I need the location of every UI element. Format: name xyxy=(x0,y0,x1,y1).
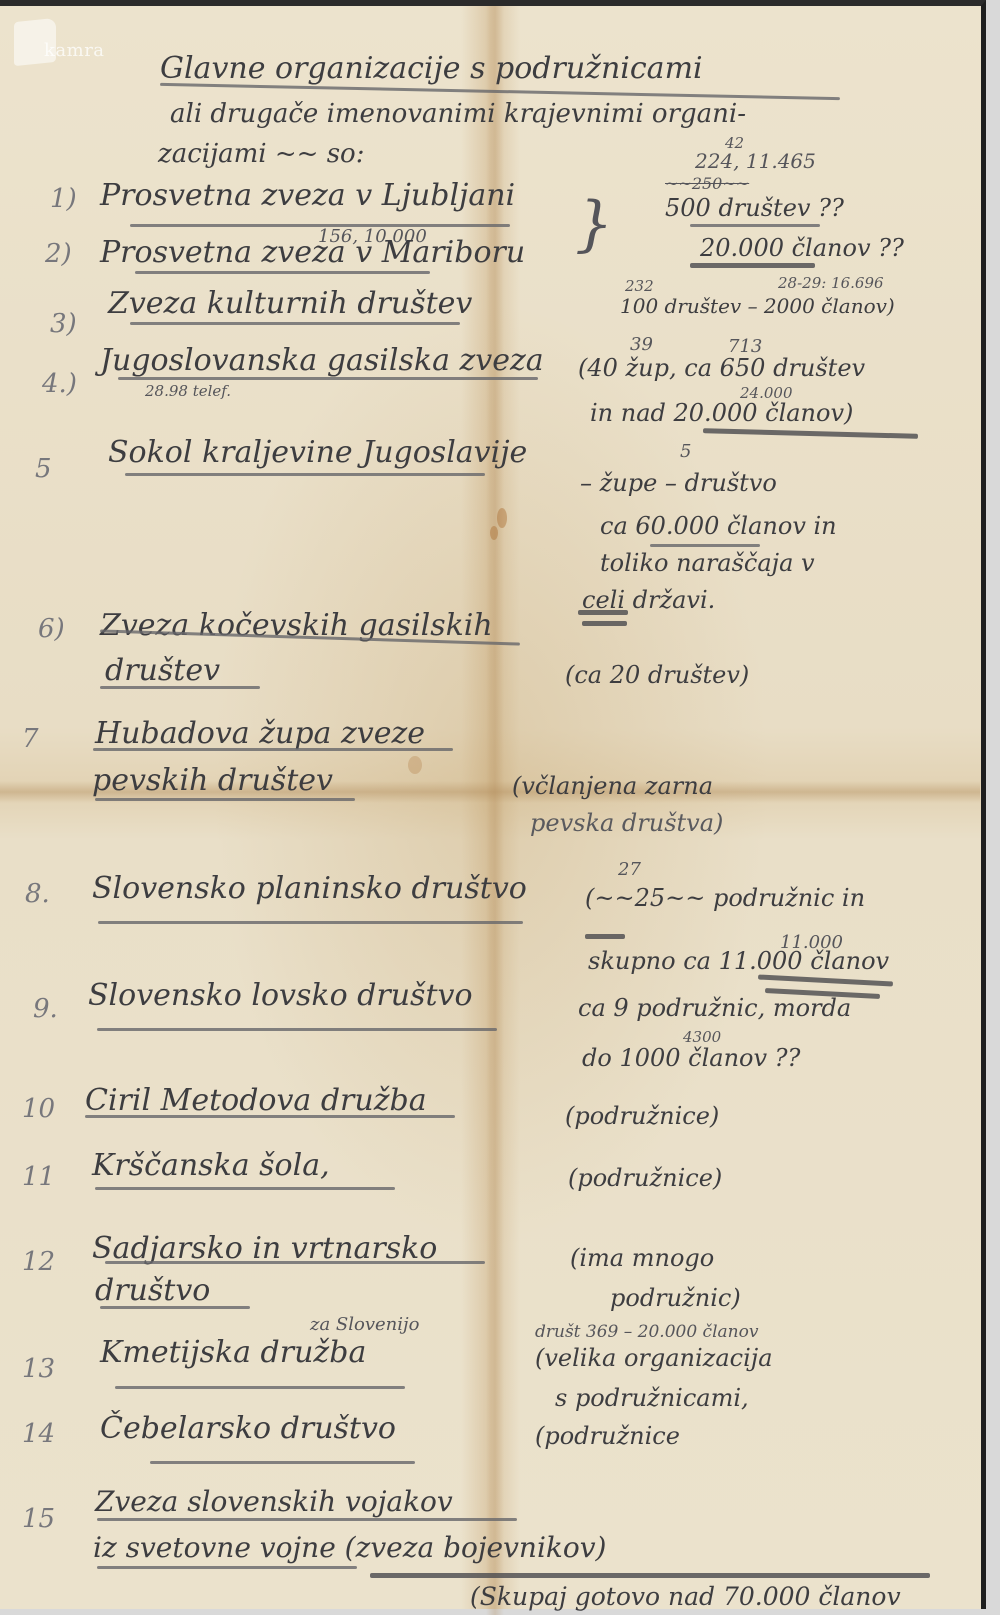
item-underline xyxy=(97,1566,357,1569)
item-number: 15 xyxy=(22,1506,55,1532)
document-page: kamra Glavne organizacije s podružnicami… xyxy=(0,0,986,1609)
item-name: Čebelarsko društvo xyxy=(100,1414,396,1444)
stain xyxy=(408,756,422,774)
item-note: in nad 20.000 članov) xyxy=(590,401,853,425)
item-number: 1) xyxy=(50,186,77,212)
watermark-text: kamra xyxy=(44,40,105,61)
item-note: podružnic) xyxy=(610,1286,741,1310)
item-underline xyxy=(118,377,538,380)
item-underline xyxy=(115,1386,405,1389)
item-number: 10 xyxy=(22,1096,55,1122)
item-underline xyxy=(130,322,460,325)
item-number: 4.) xyxy=(42,371,77,397)
item-name: Kmetijska družba xyxy=(100,1338,366,1368)
total-summary: (Skupaj gotovo nad 70.000 članov xyxy=(470,1584,901,1609)
title-line-2: ali drugače imenovanimi krajevnimi organ… xyxy=(170,101,746,127)
item-name: iz svetovne vojne (zveza bojevnikov) xyxy=(93,1534,606,1562)
item-note: (podružnice xyxy=(535,1424,680,1448)
item-note: skupno ca 11.000 članov xyxy=(588,949,889,973)
item-underline xyxy=(95,798,355,801)
item-name: Ciril Metodova družba xyxy=(85,1086,427,1116)
item-note: (ima mnogo xyxy=(570,1246,714,1270)
note-underline xyxy=(703,428,918,439)
item-note: (podružnice) xyxy=(565,1104,719,1128)
item-number: 6) xyxy=(38,616,65,642)
item-name: Prosvetna zveza v Mariboru xyxy=(100,238,525,268)
item-note: 100 društev – 2000 članov) xyxy=(620,296,895,316)
total-overline xyxy=(370,1573,930,1578)
item-note: ca 60.000 članov in xyxy=(600,514,837,538)
item-underline xyxy=(98,921,523,924)
item-annotation: 5 xyxy=(680,443,691,461)
item-name: Prosvetna zveza v Ljubljani xyxy=(100,181,515,211)
kamra-watermark: kamra xyxy=(14,20,114,70)
item-name: Zveza slovenskih vojakov xyxy=(95,1488,453,1516)
header-note-top: 224, 11.465 xyxy=(695,151,816,171)
item-name: Hubadova župa zveze xyxy=(95,719,425,749)
item-annotation: za Slovenijo xyxy=(310,1316,419,1334)
item-note: – župe – društvo xyxy=(580,471,777,495)
item-number: 2) xyxy=(45,241,72,267)
item-note: celi državi. xyxy=(582,588,715,612)
item-note: ~~250~~ xyxy=(665,176,749,192)
item-number: 5 xyxy=(35,456,52,482)
item-note: s podružnicami, xyxy=(555,1386,749,1410)
item-underline xyxy=(93,748,453,751)
item-note: (včlanjena zarna xyxy=(512,774,713,798)
item-number: 13 xyxy=(22,1356,55,1382)
item-underline xyxy=(97,1518,517,1521)
item-name: Sokol kraljevine Jugoslavije xyxy=(108,438,527,468)
item-annotation: 28.98 telef. xyxy=(145,384,231,399)
item-name: Sadjarsko in vrtnarsko xyxy=(92,1234,437,1264)
item-name: Slovensko lovsko društvo xyxy=(88,981,473,1011)
item-note: (ca 20 društev) xyxy=(565,663,749,687)
note-underline xyxy=(690,224,820,227)
item-underline xyxy=(100,1306,250,1309)
item-annotation: 4300 xyxy=(683,1030,721,1045)
item-annotation: 28-29: 16.696 xyxy=(778,276,884,291)
item-number: 14 xyxy=(22,1421,55,1447)
item-note: (velika organizacija xyxy=(535,1346,773,1370)
item-name: društev xyxy=(105,656,220,686)
item-name: Krščanska šola, xyxy=(92,1151,330,1181)
item-underline xyxy=(95,1187,395,1190)
item-annotation: 39 xyxy=(630,336,653,354)
item-underline xyxy=(150,1461,415,1464)
item-annotation: društ 369 – 20.000 članov xyxy=(535,1324,758,1341)
item-underline xyxy=(97,1028,497,1031)
item-number: 12 xyxy=(22,1249,55,1275)
note-underline xyxy=(758,974,893,986)
item-underline xyxy=(135,271,430,274)
item-name: pevskih društev xyxy=(92,766,333,796)
item-number: 7 xyxy=(22,726,39,752)
title-line-1: Glavne organizacije s podružnicami xyxy=(160,54,703,84)
item-note: toliko naraščaja v xyxy=(600,551,815,575)
item-number: 11 xyxy=(22,1164,55,1190)
item-note: (~~25~~ podružnic in xyxy=(585,886,865,910)
note-underline xyxy=(585,934,625,939)
item-note: ca 9 podružnic, morda xyxy=(578,996,851,1020)
item-number: 3) xyxy=(50,311,77,337)
stain xyxy=(497,508,507,528)
note-underline xyxy=(690,263,815,268)
item-underline xyxy=(105,1261,485,1264)
stain xyxy=(490,526,498,540)
note-double-underline xyxy=(578,610,628,615)
title-line-3: zacijami ~~ so: xyxy=(158,141,364,167)
item-annotation: 232 xyxy=(625,279,654,294)
item-note: 20.000 članov ?? xyxy=(700,236,904,260)
item-number: 8. xyxy=(25,881,50,907)
item-name: društvo xyxy=(95,1276,210,1306)
item-note: (40 žup, ca 650 društev xyxy=(578,356,865,380)
note-underline xyxy=(650,544,760,547)
item-name: Slovensko planinsko društvo xyxy=(92,874,527,904)
item-underline xyxy=(125,473,485,476)
item-name: Jugoslovanska gasilska zveza xyxy=(100,346,544,376)
item-number: 9. xyxy=(33,996,58,1022)
item-note: 500 društev ?? xyxy=(665,196,844,220)
brace-icon: } xyxy=(575,194,613,254)
note-double-underline xyxy=(582,621,627,626)
item-underline xyxy=(85,1115,455,1118)
item-note: do 1000 članov ?? xyxy=(582,1046,800,1070)
item-underline xyxy=(100,686,260,689)
item-note: pevska društva) xyxy=(530,811,723,835)
item-note: (podružnice) xyxy=(568,1166,722,1190)
item-name: Zveza kulturnih društev xyxy=(108,289,472,319)
item-annotation: 27 xyxy=(618,861,641,879)
